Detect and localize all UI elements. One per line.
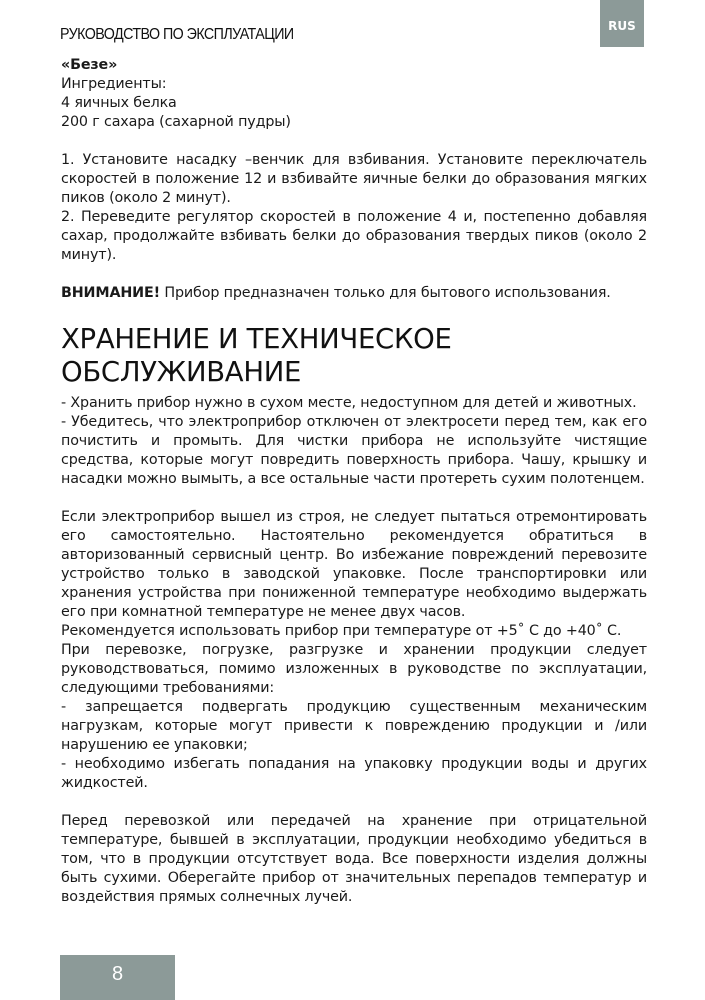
- transport-paragraph: При перевозке, погрузке, разгрузке и хра…: [61, 641, 647, 698]
- warning-note: ВНИМАНИЕ! Прибор предназначен только для…: [61, 284, 647, 303]
- recipe-title: «Безе»: [61, 56, 647, 75]
- ingredients-label: Ингредиенты:: [61, 75, 647, 94]
- warning-text: Прибор предназначен только для бытового …: [160, 285, 611, 301]
- section-title-line: ОБСЛУЖИВАНИЕ: [61, 356, 301, 388]
- running-title: РУКОВОДСТВО ПО ЭКСПЛУАТАЦИИ: [60, 26, 294, 44]
- ingredient-item: 200 г сахара (сахарной пудры): [61, 113, 647, 132]
- cold-storage-paragraph: Перед перевозкой или передачей на хранен…: [61, 812, 647, 907]
- page-number: 8: [112, 963, 123, 1000]
- ingredient-item: 4 яичных белка: [61, 94, 647, 113]
- section-title: ХРАНЕНИЕ И ТЕХНИЧЕСКОЕ ОБСЛУЖИВАНИЕ: [61, 323, 647, 389]
- recipe-step: 1. Установите насадку –венчик для взбива…: [61, 151, 647, 208]
- page-content: «Безе» Ингредиенты: 4 яичных белка 200 г…: [61, 56, 647, 907]
- language-label: RUS: [608, 19, 636, 33]
- repair-paragraph: Если электроприбор вышел из строя, не сл…: [61, 508, 647, 622]
- transport-requirement: - необходимо избегать попадания на упако…: [61, 755, 647, 793]
- storage-paragraph: - Хранить прибор нужно в сухом месте, не…: [61, 394, 647, 413]
- language-tab: RUS: [600, 0, 644, 47]
- storage-paragraph: - Убедитесь, что электроприбор отключен …: [61, 413, 647, 489]
- warning-label: ВНИМАНИЕ!: [61, 285, 160, 301]
- page-number-box: 8: [60, 955, 175, 1000]
- temperature-paragraph: Рекомендуется использовать прибор при те…: [61, 622, 647, 641]
- section-title-line: ХРАНЕНИЕ И ТЕХНИЧЕСКОЕ: [61, 323, 452, 355]
- recipe-step: 2. Переведите регулятор скоростей в поло…: [61, 208, 647, 265]
- transport-requirement: - запрещается подвергать продукцию сущес…: [61, 698, 647, 755]
